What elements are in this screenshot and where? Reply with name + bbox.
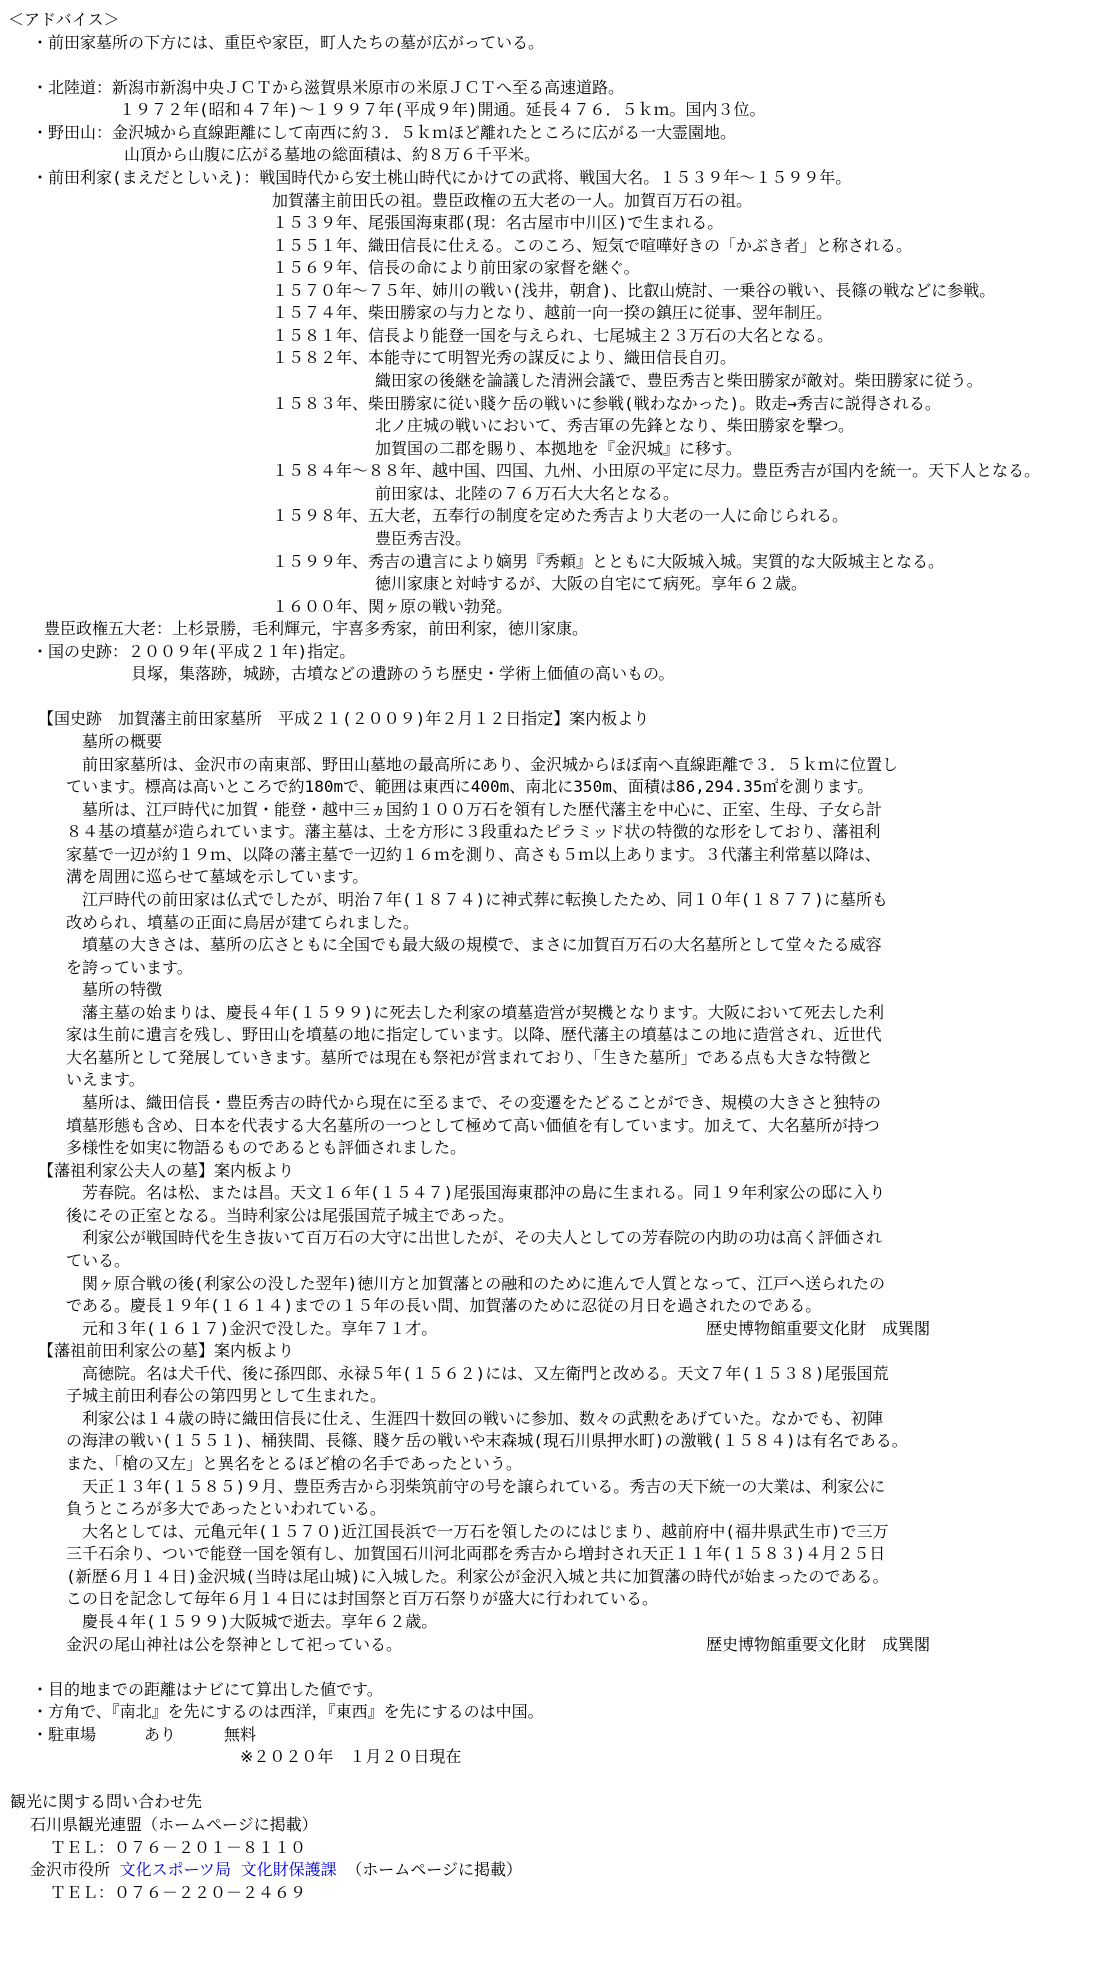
text-span: 金沢の尾山神社は公を祭神として祀っている。 [66, 1635, 402, 1654]
text-span: 墓所は、織田信長・豊臣秀吉の時代から現在に至るまで、その変遷をたどることができ、… [82, 1093, 881, 1112]
text-line: 慶長４年(１５９９)大阪城で逝去。享年６２歳。 [0, 1611, 1120, 1634]
toshiie-grave-heading: 【藩祖前田利家公の墓】案内板より [0, 1340, 1120, 1363]
text-line: 石川県観光連盟（ホームページに掲載） [0, 1814, 1120, 1837]
text-span: 芳春院。名は松、または昌。天文１６年(１５４７)尾張国海東郡沖の島に生まれる。同… [82, 1183, 885, 1202]
blank-line [0, 686, 1120, 709]
contact-heading: 観光に関する問い合わせ先 [0, 1791, 1120, 1814]
text-line: 天正１３年(１５８５)９月、豊臣秀吉から羽柴筑前守の号を譲られている。秀吉の天下… [0, 1476, 1120, 1499]
text-line: 江戸時代の前田家は仏式でしたが、明治７年(１８７４)に神式葬に転換したため、同１… [0, 889, 1120, 912]
text-span: 家は生前に遺言を残し、野田山を墳墓の地に指定しています。以降、歴代藩主の墳墓はこ… [66, 1025, 882, 1044]
text-span: 徳川家康と対峙するが、大阪の自宅にて病死。享年６２歳。 [375, 574, 807, 593]
heritage-note: 歴史博物館重要文化財 成巽閣 [706, 1634, 930, 1657]
text-span: ＴＥＬ：０７６－２２０－２４６９ [50, 1883, 306, 1902]
text-span: 多様性を如実に物語るものであるとも評価されました。 [66, 1138, 466, 1157]
text-span: ・野田山：金沢城から直線距離にして南西に約３．５ｋｍほど離れたところに広がる一大… [32, 123, 736, 142]
text-span: の海津の戦い(１５５１)、桶狭間、長篠、賤ケ岳の戦いや末森城(現石川県押水町)の… [66, 1431, 908, 1450]
text-span: 【藩祖前田利家公の墓】案内板より [38, 1341, 294, 1360]
text-span: １５７４年、柴田勝家の与力となり、越前一向一揆の鎮圧に従事、翌年制圧。 [272, 303, 832, 322]
text-line: 徳川家康と対峙するが、大阪の自宅にて病死。享年６２歳。 [0, 573, 1120, 596]
text-line: 大名としては、元亀元年(１５７０)近江国長浜で一万石を領したのにはじまり、越前府… [0, 1521, 1120, 1544]
text-line: 子城主前田利春公の第四男として生まれた。 [0, 1385, 1120, 1408]
text-span: 利家公は１４歳の時に織田信長に仕え、生涯四十数回の戦いに参加、数々の武勲をあげて… [82, 1409, 883, 1428]
text-line: １５８１年、信長より能登一国を与えられ、七尾城主２３万石の大名となる。 [0, 325, 1120, 348]
text-span: ※２０２０年 １月２０日現在 [240, 1747, 461, 1766]
text-span: 江戸時代の前田家は仏式でしたが、明治７年(１８７４)に神式葬に転換したため、同１… [82, 890, 888, 909]
text-span: ・国の史跡：２００９年(平成２１年)指定。 [32, 642, 355, 661]
text-line: また、「槍の又左」と異名をとるほど槍の名手であったという。 [0, 1453, 1120, 1476]
text-span: 元和３年(１６１７)金沢で没した。享年７１才。 [82, 1319, 437, 1338]
text-span: (新歴６月１４日)金沢城(当時は尾山城)に入城した。利家公が金沢入城と共に加賀藩… [66, 1567, 889, 1586]
text-line: 加賀藩主前田氏の祖。豊臣政権の五大老の一人。加賀百万石の祖。 [0, 190, 1120, 213]
text-span: 溝を周囲に巡らせて墓域を示しています。 [66, 867, 368, 886]
text-span: 高徳院。名は犬千代、後に孫四郎、永禄５年(１５６２)には、又左衛門と改める。天文… [82, 1364, 889, 1383]
text-line: 後にその正室となる。当時利家公は尾張国荒子城主であった。 [0, 1205, 1120, 1228]
text-line: 織田家の後継を論議した清洲会議で、豊臣秀吉と柴田勝家が敵対。柴田勝家に従う。 [0, 370, 1120, 393]
text-line: １５８３年、柴田勝家に従い賤ケ岳の戦いに参戦(戦わなかった)。敗走→秀吉に説得さ… [0, 393, 1120, 416]
text-span: １５８２年、本能寺にて明智光秀の謀反により、織田信長自刃。 [272, 348, 736, 367]
text-line: 元和３年(１６１７)金沢で没した。享年７１才。歴史博物館重要文化財 成巽閣 [0, 1318, 1120, 1341]
text-line: 貝塚，集落跡，城跡，古墳などの遺跡のうち歴史・学術上価値の高いもの。 [0, 663, 1120, 686]
text-line: 墓所は、江戸時代に加賀・能登・越中三ヵ国約１００万石を領有した歴代藩主を中心に、… [0, 799, 1120, 822]
section-subheading: 墓所の概要 [0, 731, 1120, 754]
text-line: 溝を周囲に巡らせて墓域を示しています。 [0, 866, 1120, 889]
text-line: １５９９年、秀吉の遺言により嫡男『秀頼』とともに大阪城入城。実質的な大阪城主とな… [0, 551, 1120, 574]
text-line: 北ノ庄城の戦いにおいて、秀吉軍の先鋒となり、柴田勝家を撃つ。 [0, 415, 1120, 438]
text-span: 関ヶ原合戦の後(利家公の没した翌年)徳川方と加賀藩との融和のために進んで人質とな… [82, 1274, 885, 1293]
text-line: １５５１年、織田信長に仕える。このころ、短気で喧嘩好きの「かぶき者」と称される。 [0, 235, 1120, 258]
text-line: ・北陸道：新潟市新潟中央ＪＣＴから滋賀県米原市の米原ＪＣＴへ至る高速道路。 [0, 77, 1120, 100]
text-span: 家墓で一辺が約１９ｍ、以降の藩主墓で一辺約１６ｍを測り、高さも５ｍ以上あります。… [66, 845, 881, 864]
text-line: 利家公が戦国時代を生き抜いて百万石の大守に出世したが、その夫人としての芳春院の内… [0, 1227, 1120, 1250]
text-line: 家墓で一辺が約１９ｍ、以降の藩主墓で一辺約１６ｍを測り、高さも５ｍ以上あります。… [0, 844, 1120, 867]
text-span: 織田家の後継を論議した清洲会議で、豊臣秀吉と柴田勝家が敵対。柴田勝家に従う。 [375, 371, 983, 390]
text-span: 貝塚，集落跡，城跡，古墳などの遺跡のうち歴史・学術上価値の高いもの。 [131, 664, 674, 683]
text-line: １５７４年、柴田勝家の与力となり、越前一向一揆の鎮圧に従事、翌年制圧。 [0, 302, 1120, 325]
text-span: 負うところが多大であったといわれている。 [66, 1499, 386, 1518]
text-span: ・方角で、『南北』を先にするのは西洋，『東西』を先にするのは中国。 [32, 1702, 544, 1721]
advice-heading: ＜アドバイス＞ [0, 9, 1120, 32]
text-span: 改められ、墳墓の正面に鳥居が建てられました。 [66, 913, 419, 932]
text-span: １９７２年(昭和４７年)～１９９７年(平成９年)開通。延長４７６．５ｋｍ。国内３… [119, 100, 766, 119]
text-line: 山頂から山腹に広がる墓地の総面積は、約８万６千平米。 [0, 144, 1120, 167]
text-line: ・前田利家(まえだとしいえ)：戦国時代から安土桃山時代にかけての武将、戦国大名。… [0, 167, 1120, 190]
text-span: ・目的地までの距離はナビにて算出した値です。 [32, 1680, 383, 1699]
text-span: 【藩祖利家公夫人の墓】案内板より [38, 1161, 294, 1180]
text-line: 芳春院。名は松、または昌。天文１６年(１５４７)尾張国海東郡沖の島に生まれる。同… [0, 1182, 1120, 1205]
text-span: 利家公が戦国時代を生き抜いて百万石の大守に出世したが、その夫人としての芳春院の内… [82, 1228, 882, 1247]
text-span: 加賀藩主前田氏の祖。豊臣政権の五大老の一人。加賀百万石の祖。 [272, 191, 752, 210]
blank-line [0, 54, 1120, 77]
text-line: 前田家は、北陸の７６万石大大名となる。 [0, 483, 1120, 506]
text-span: 藩主墓の始まりは、慶長４年(１５９９)に死去した利家の墳墓造営が契機となります。… [82, 1003, 884, 1022]
text-span: ている。 [66, 1251, 130, 1270]
text-span: 子城主前田利春公の第四男として生まれた。 [66, 1386, 386, 1405]
text-line: ・国の史跡：２００９年(平成２１年)指定。 [0, 641, 1120, 664]
text-line: １５８４年～８８年、越中国、四国、九州、小田原の平定に尽力。豊臣秀吉が国内を統一… [0, 460, 1120, 483]
text-line: ・目的地までの距離はナビにて算出した値です。 [0, 1679, 1120, 1702]
document: ＜アドバイス＞・前田家墓所の下方には、重臣や家臣，町人たちの墓が広がっている。・… [0, 0, 1120, 1988]
text-line: 前田家墓所は、金沢市の南東部、野田山墓地の最高所にあり、金沢城からほぼ南へ直線距… [0, 754, 1120, 777]
text-span: １５９８年、五大老，五奉行の制度を定めた秀吉より大老の一人に命じられる。 [272, 506, 848, 525]
text-span: 大名墓所として発展していきます。墓所では現在も祭祀が営まれており、「生きた墓所」… [66, 1048, 873, 1067]
text-line: １６００年、関ヶ原の戦い勃発。 [0, 596, 1120, 619]
text-span: 墳墓形態も含め、日本を代表する大名墓所の一つとして極めて高い価値を有しています。… [66, 1116, 880, 1135]
text-span: 山頂から山腹に広がる墓地の総面積は、約８万６千平米。 [124, 145, 540, 164]
text-span: １５８４年～８８年、越中国、四国、九州、小田原の平定に尽力。豊臣秀吉が国内を統一… [272, 461, 1040, 480]
culture-division-link[interactable]: 文化スポーツ局 文化財保護課 [120, 1860, 337, 1879]
text-line: 墳墓の大きさは、墓所の広さともに全国でも最大級の規模で、まさに加賀百万石の大名墓… [0, 934, 1120, 957]
text-span: である。慶長１９年(１６１４)までの１５年の長い間、加賀藩のために忍従の月日を過… [66, 1296, 821, 1315]
text-line: (新歴６月１４日)金沢城(当時は尾山城)に入城した。利家公が金沢入城と共に加賀藩… [0, 1566, 1120, 1589]
text-line: 関ヶ原合戦の後(利家公の没した翌年)徳川方と加賀藩との融和のために進んで人質とな… [0, 1273, 1120, 1296]
text-line: １５６９年、信長の命により前田家の家督を継ぐ。 [0, 257, 1120, 280]
text-span: ・北陸道：新潟市新潟中央ＪＣＴから滋賀県米原市の米原ＪＣＴへ至る高速道路。 [32, 78, 624, 97]
text-span: 観光に関する問い合わせ先 [10, 1792, 202, 1811]
text-line: 改められ、墳墓の正面に鳥居が建てられました。 [0, 912, 1120, 935]
as-of-date: ※２０２０年 １月２０日現在 [0, 1746, 1120, 1769]
text-span: 前田家は、北陸の７６万石大大名となる。 [375, 484, 679, 503]
text-line: ・前田家墓所の下方には、重臣や家臣，町人たちの墓が広がっている。 [0, 32, 1120, 55]
text-span: 後にその正室となる。当時利家公は尾張国荒子城主であった。 [66, 1206, 514, 1225]
text-span: 墳墓の大きさは、墓所の広さともに全国でも最大級の規模で、まさに加賀百万石の大名墓… [82, 935, 882, 954]
text-span: 墓所の特徴 [82, 980, 162, 999]
text-span: １６００年、関ヶ原の戦い勃発。 [272, 597, 512, 616]
text-span: ＜アドバイス＞ [8, 10, 120, 29]
text-line: 大名墓所として発展していきます。墓所では現在も祭祀が営まれており、「生きた墓所」… [0, 1047, 1120, 1070]
text-span: 天正１３年(１５８５)９月、豊臣秀吉から羽柴筑前守の号を譲られている。秀吉の天下… [82, 1477, 885, 1496]
text-span: １５５１年、織田信長に仕える。このころ、短気で喧嘩好きの「かぶき者」と称される。 [272, 236, 912, 255]
phone-number: ＴＥＬ：０７６－２２０－２４６９ [0, 1882, 1120, 1905]
text-span: 慶長４年(１５９９)大阪城で逝去。享年６２歳。 [82, 1612, 437, 1631]
text-span: 墓所の概要 [82, 732, 162, 751]
text-line: １５９８年、五大老，五奉行の制度を定めた秀吉より大老の一人に命じられる。 [0, 505, 1120, 528]
text-line: 金沢市役所 文化スポーツ局 文化財保護課 （ホームページに掲載） [0, 1859, 1120, 1882]
text-span: 豊臣秀吉没。 [375, 529, 471, 548]
text-line: 豊臣秀吉没。 [0, 528, 1120, 551]
text-line: 加賀国の二郡を賜り、本拠地を『金沢城』に移す。 [0, 438, 1120, 461]
text-line: 三千石余り、ついで能登一国を領有し、加賀国石川河北両郡を秀吉から増封され天正１１… [0, 1543, 1120, 1566]
text-span: 北ノ庄城の戦いにおいて、秀吉軍の先鋒となり、柴田勝家を撃つ。 [375, 416, 854, 435]
text-span: 三千石余り、ついで能登一国を領有し、加賀国石川河北両郡を秀吉から増封され天正１１… [66, 1544, 885, 1563]
text-line: 高徳院。名は犬千代、後に孫四郎、永禄５年(１５６２)には、又左衛門と改める。天文… [0, 1363, 1120, 1386]
phone-number: ＴＥＬ：０７６－２０１－８１１０ [0, 1837, 1120, 1860]
text-span: １５８３年、柴田勝家に従い賤ケ岳の戦いに参戦(戦わなかった)。敗走→秀吉に説得さ… [272, 394, 941, 413]
text-line: ・駐車場 あり 無料 [0, 1724, 1120, 1747]
text-span: （ホームページに掲載） [337, 1860, 522, 1879]
text-span: ・前田利家(まえだとしいえ)：戦国時代から安土桃山時代にかけての武将、戦国大名。… [32, 168, 851, 187]
blank-line [0, 1769, 1120, 1792]
text-line: １５３９年、尾張国海東郡(現：名古屋市中川区)で生まれる。 [0, 212, 1120, 235]
text-span: ＴＥＬ：０７６－２０１－８１１０ [50, 1838, 306, 1857]
text-line: の海津の戦い(１５５１)、桶狭間、長篠、賤ケ岳の戦いや末森城(現石川県押水町)の… [0, 1430, 1120, 1453]
text-span: １５７０年～７５年、姉川の戦い(浅井，朝倉)、比叡山焼討、一乗谷の戦い、長篠の戦… [272, 281, 995, 300]
text-line: 利家公は１４歳の時に織田信長に仕え、生涯四十数回の戦いに参加、数々の武勲をあげて… [0, 1408, 1120, 1431]
text-line: 豊臣政権五大老：上杉景勝，毛利輝元，宇喜多秀家，前田利家，徳川家康。 [0, 618, 1120, 641]
text-line: 藩主墓の始まりは、慶長４年(１５９９)に死去した利家の墳墓造営が契機となります。… [0, 1002, 1120, 1025]
text-span: を誇っています。 [66, 958, 193, 977]
text-line: ・野田山：金沢城から直線距離にして南西に約３．５ｋｍほど離れたところに広がる一大… [0, 122, 1120, 145]
text-span: ・駐車場 あり 無料 [32, 1725, 256, 1744]
text-span: １５３９年、尾張国海東郡(現：名古屋市中川区)で生まれる。 [272, 213, 723, 232]
text-line: 負うところが多大であったといわれている。 [0, 1498, 1120, 1521]
text-span: １５９９年、秀吉の遺言により嫡男『秀頼』とともに大阪城入城。実質的な大阪城主とな… [272, 552, 944, 571]
text-span: 墓所は、江戸時代に加賀・能登・越中三ヵ国約１００万石を領有した歴代藩主を中心に、… [82, 800, 882, 819]
text-line: 墓所は、織田信長・豊臣秀吉の時代から現在に至るまで、その変遷をたどることができ、… [0, 1092, 1120, 1115]
text-span: 石川県観光連盟（ホームページに掲載） [30, 1815, 318, 1834]
text-line: ・方角で、『南北』を先にするのは西洋，『東西』を先にするのは中国。 [0, 1701, 1120, 1724]
section-subheading: 墓所の特徴 [0, 979, 1120, 1002]
text-span: ・前田家墓所の下方には、重臣や家臣，町人たちの墓が広がっている。 [32, 33, 544, 52]
text-span: 【国史跡 加賀藩主前田家墓所 平成２１(２００９)年２月１２日指定】案内板より [38, 709, 649, 728]
text-line: 家は生前に遺言を残し、野田山を墳墓の地に指定しています。以降、歴代藩主の墳墓はこ… [0, 1024, 1120, 1047]
text-line: １５８２年、本能寺にて明智光秀の謀反により、織田信長自刃。 [0, 347, 1120, 370]
text-span: ８４基の墳墓が造られています。藩主墓は、土を方形に３段重ねたピラミッド状の特徴的… [66, 822, 880, 841]
text-span: 豊臣政権五大老：上杉景勝，毛利輝元，宇喜多秀家，前田利家，徳川家康。 [44, 619, 588, 638]
text-span: 前田家墓所は、金沢市の南東部、野田山墓地の最高所にあり、金沢城からほぼ南へ直線距… [82, 755, 898, 774]
text-span: 金沢市役所 [30, 1860, 120, 1879]
text-line: 多様性を如実に物語るものであるとも評価されました。 [0, 1137, 1120, 1160]
national-historic-site-heading: 【国史跡 加賀藩主前田家墓所 平成２１(２００９)年２月１２日指定】案内板より [0, 708, 1120, 731]
text-line: ８４基の墳墓が造られています。藩主墓は、土を方形に３段重ねたピラミッド状の特徴的… [0, 821, 1120, 844]
text-span: 大名としては、元亀元年(１５７０)近江国長浜で一万石を領したのにはじまり、越前府… [82, 1522, 889, 1541]
text-span: 加賀国の二郡を賜り、本拠地を『金沢城』に移す。 [375, 439, 742, 458]
text-span: また、「槍の又左」と異名をとるほど槍の名手であったという。 [66, 1454, 522, 1473]
text-line: 墳墓形態も含め、日本を代表する大名墓所の一つとして極めて高い価値を有しています。… [0, 1115, 1120, 1138]
text-line: 金沢の尾山神社は公を祭神として祀っている。歴史博物館重要文化財 成巽閣 [0, 1634, 1120, 1657]
text-span: いえます。 [66, 1070, 145, 1089]
wife-grave-heading: 【藩祖利家公夫人の墓】案内板より [0, 1160, 1120, 1183]
text-line: １５７０年～７５年、姉川の戦い(浅井，朝倉)、比叡山焼討、一乗谷の戦い、長篠の戦… [0, 280, 1120, 303]
text-line: いえます。 [0, 1069, 1120, 1092]
text-span: この日を記念して毎年６月１４日には封国祭と百万石祭りが盛大に行われている。 [66, 1589, 658, 1608]
blank-line [0, 1656, 1120, 1679]
text-span: １５６９年、信長の命により前田家の家督を継ぐ。 [272, 258, 640, 277]
text-line: ています。標高は高いところで約180mで、範囲は東西に400m、南北に350m、… [0, 776, 1120, 799]
text-span: １５８１年、信長より能登一国を与えられ、七尾城主２３万石の大名となる。 [272, 326, 833, 345]
text-line: を誇っています。 [0, 957, 1120, 980]
text-line: である。慶長１９年(１６１４)までの１５年の長い間、加賀藩のために忍従の月日を過… [0, 1295, 1120, 1318]
heritage-note: 歴史博物館重要文化財 成巽閣 [706, 1318, 930, 1341]
text-line: ている。 [0, 1250, 1120, 1273]
text-span: ています。標高は高いところで約180mで、範囲は東西に400m、南北に350m、… [66, 777, 873, 796]
text-line: この日を記念して毎年６月１４日には封国祭と百万石祭りが盛大に行われている。 [0, 1588, 1120, 1611]
text-line: １９７２年(昭和４７年)～１９９７年(平成９年)開通。延長４７６．５ｋｍ。国内３… [0, 99, 1120, 122]
